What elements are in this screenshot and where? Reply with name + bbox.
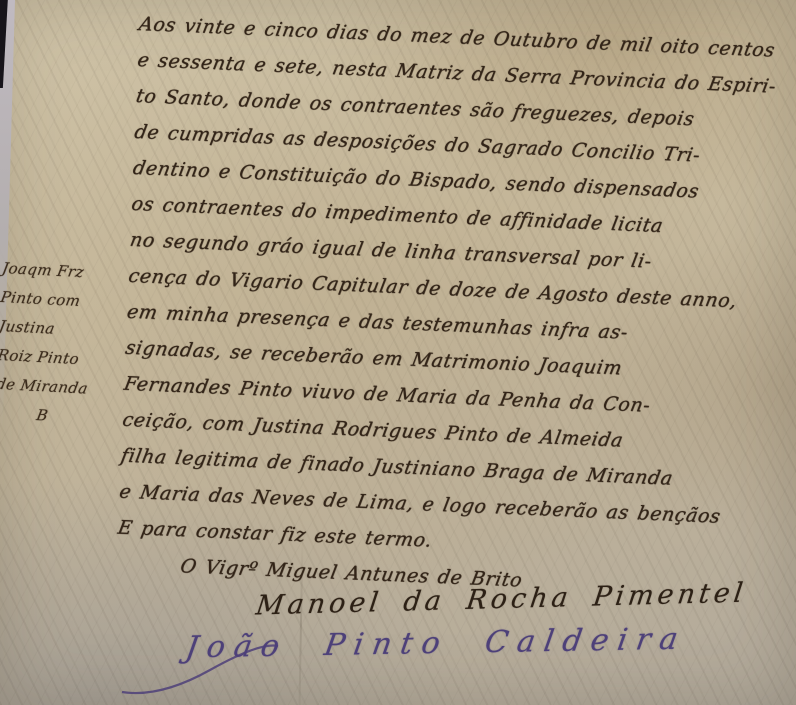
- signature-joao-pinto-caldeira: João Pinto Caldeira: [183, 622, 689, 666]
- record-text: Aos vinte e cinco dias do mez de Outubro…: [116, 6, 778, 608]
- margin-note-line: de Miranda: [0, 370, 134, 406]
- margin-note-line: B: [34, 401, 132, 435]
- margin-note: Joaqm Frz Pinto com Justina Roiz Pinto d…: [0, 254, 138, 435]
- document-page: Joaqm Frz Pinto com Justina Roiz Pinto d…: [0, 0, 796, 705]
- photo-frame: Joaqm Frz Pinto com Justina Roiz Pinto d…: [0, 0, 796, 705]
